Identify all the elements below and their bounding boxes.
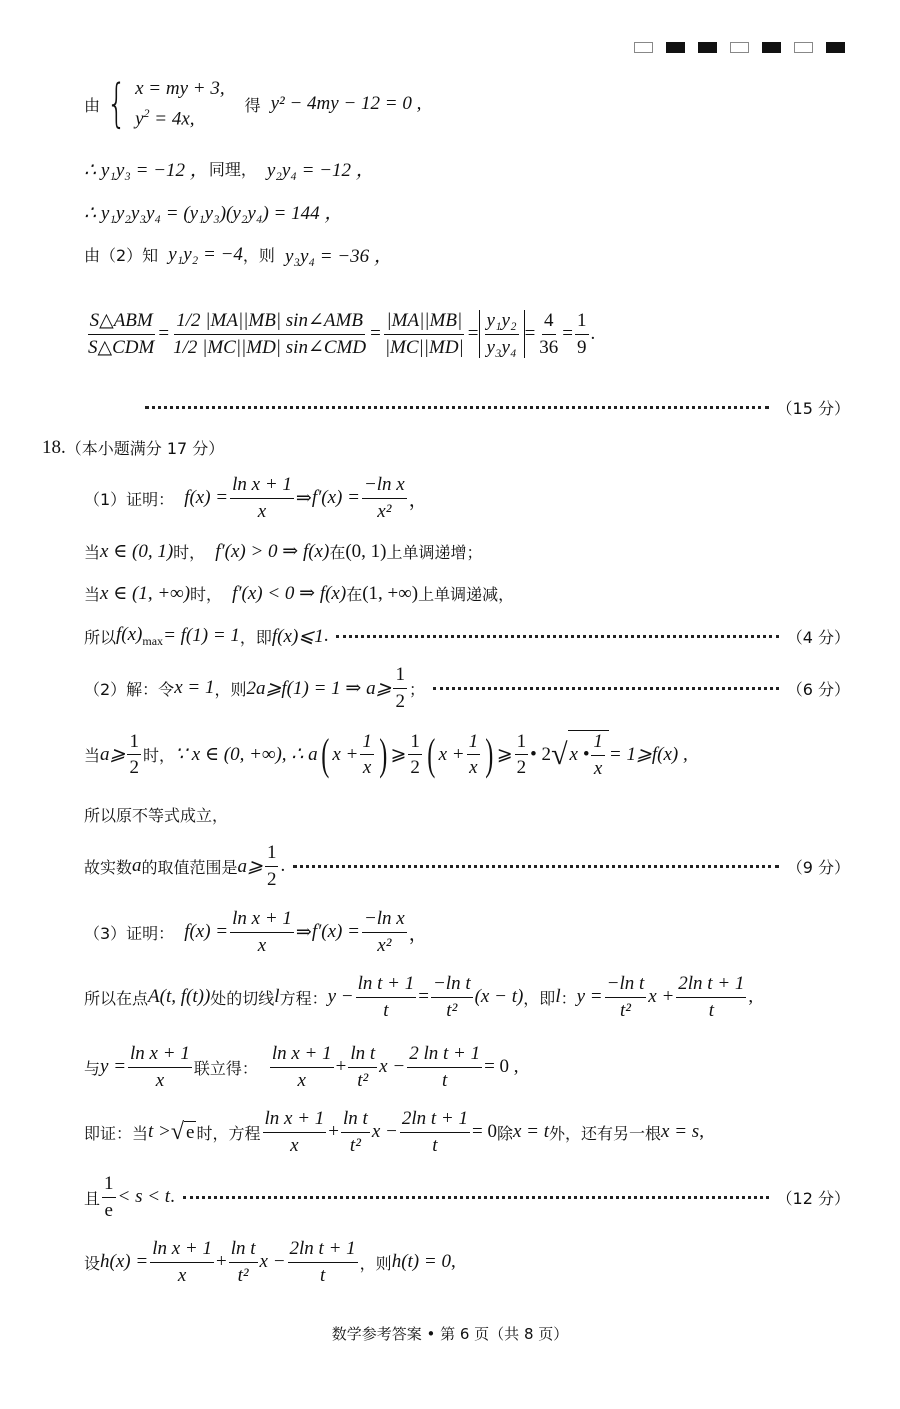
fraction: 4 36 — [537, 310, 560, 359]
fraction: −ln x x² — [362, 908, 407, 957]
header-mark — [730, 42, 749, 53]
fraction: 1 2 — [393, 664, 407, 713]
header-mark — [794, 42, 813, 53]
header-mark — [698, 42, 717, 53]
equation-system: { x = my + 3, y2 = 4x, — [100, 78, 225, 130]
fraction: 1 e — [102, 1173, 116, 1222]
fraction: 1 9 — [575, 310, 589, 359]
decreasing-line: 当 x ∈ (1, +∞) 时， f′(x) < 0 ⇒ f(x) 在 (1, … — [84, 582, 850, 605]
fraction: ln x + 1 x — [270, 1043, 334, 1092]
system-equation-line: 由 { x = my + 3, y2 = 4x, 得 y² − 4my − 12… — [84, 78, 850, 130]
max-line: 所以 f(x)max = f(1) = 1 ，即 f(x)⩽1 . （4 分） — [84, 624, 850, 649]
score-line: （15 分） — [145, 396, 850, 419]
fraction: y₁y₂ y₃y₄ — [485, 310, 519, 359]
header-marks — [634, 42, 845, 53]
fraction: 2ln t + 1 t — [288, 1238, 358, 1287]
part3-line: （3）证明： f(x) = ln x + 1 x ⇒ f′(x) = −ln x… — [84, 908, 850, 957]
product-all-line: ∴ y₁y₂y₃y₄ = (y₁y₃)(y₂y₄) = 144 ， — [84, 198, 850, 225]
fraction: −ln t t² — [605, 973, 647, 1022]
range-line: 故实数 a 的取值范围是 a⩾ 1 2 . （9 分） — [84, 842, 850, 891]
fraction: 2ln t + 1 t — [676, 973, 746, 1022]
fraction: ln x + 1 x — [128, 1043, 192, 1092]
to-prove-line: 即证：当 t > √ e 时，方程 ln x + 1 x + ln t t² x… — [84, 1108, 850, 1157]
tangent-line: 所以在点 A(t, f(t)) 处的切线 l 方程： y − ln t + 1 … — [84, 973, 860, 1022]
holds-line: 所以原不等式成立， — [84, 803, 850, 826]
fraction: 2 ln t + 1 t — [407, 1043, 482, 1092]
fraction: 1 2 — [408, 731, 422, 780]
fraction: ln x + 1 x — [230, 474, 294, 523]
fraction: |MA||MB| |MC||MD| — [383, 310, 466, 359]
fraction: ln t t² — [229, 1238, 258, 1287]
fraction: 1 x — [591, 731, 605, 780]
fraction: ln t + 1 t — [356, 973, 417, 1022]
dot-leader — [145, 406, 769, 409]
header-mark — [762, 42, 781, 53]
fraction: 1 2 — [515, 731, 529, 780]
fraction: ln x + 1 x — [230, 908, 294, 957]
bound-line: 且 1 e < s < t . （12 分） — [84, 1173, 850, 1222]
fraction: ln x + 1 x — [150, 1238, 214, 1287]
fraction: 2ln t + 1 t — [400, 1108, 470, 1157]
h-definition-line: 设 h(x) = ln x + 1 x + ln t t² x − 2ln t … — [84, 1238, 850, 1287]
dot-leader — [433, 687, 779, 690]
fraction: 1/2 |MA||MB| sin∠AMB 1/2 |MC||MD| sin∠CM… — [171, 310, 368, 359]
fraction: 1 x — [360, 731, 374, 780]
fraction: ln t t² — [341, 1108, 370, 1157]
part2-line: （2）解：令 x = 1 ，则 2a⩾f(1) = 1 ⇒ a⩾ 1 2 ； （… — [84, 664, 850, 713]
dot-leader — [293, 865, 779, 868]
question-title: 18. （本小题满分 17 分） — [42, 436, 850, 459]
dot-leader — [336, 635, 778, 638]
fraction: 1 x — [467, 731, 481, 780]
page-footer: 数学参考答案 • 第 6 页（共 8 页） — [0, 1323, 900, 1344]
square-root: √ e — [171, 1119, 197, 1146]
header-mark — [634, 42, 653, 53]
brace-icon: { — [107, 78, 127, 130]
header-mark — [666, 42, 685, 53]
am-gm-line: 当 a⩾ 1 2 时， ∵ x ∈ (0, +∞), ∴ a ( x + 1 x… — [84, 730, 850, 780]
joint-equation-line: 与 y = ln x + 1 x 联立得： ln x + 1 x + ln t … — [84, 1043, 850, 1092]
product-line: ∴ y₁y₃ = −12 ， 同理， y₂y₄ = −12 ， — [84, 155, 850, 182]
fraction: −ln x x² — [362, 474, 407, 523]
dot-leader — [183, 1196, 769, 1199]
part1-line: （1）证明： f(x) = ln x + 1 x ⇒ f′(x) = −ln x… — [84, 474, 850, 523]
increasing-line: 当 x ∈ (0, 1) 时， f′(x) > 0 ⇒ f(x) 在 (0, 1… — [84, 540, 850, 563]
header-mark — [826, 42, 845, 53]
fraction: 1 2 — [265, 842, 279, 891]
fraction: −ln t t² — [431, 973, 473, 1022]
fraction: S△ABM S△CDM — [86, 310, 156, 359]
area-ratio-equation: S△ABM S△CDM = 1/2 |MA||MB| sin∠AMB 1/2 |… — [84, 292, 850, 376]
from-part2-line: 由（2）知 y₁y₂ = −4 ，则 y₃y₄ = −36 ， — [84, 241, 850, 268]
fraction: ln x + 1 x — [263, 1108, 327, 1157]
square-root: √ x • 1 x — [551, 730, 609, 780]
fraction: ln t t² — [348, 1043, 377, 1092]
fraction: 1 2 — [127, 731, 141, 780]
